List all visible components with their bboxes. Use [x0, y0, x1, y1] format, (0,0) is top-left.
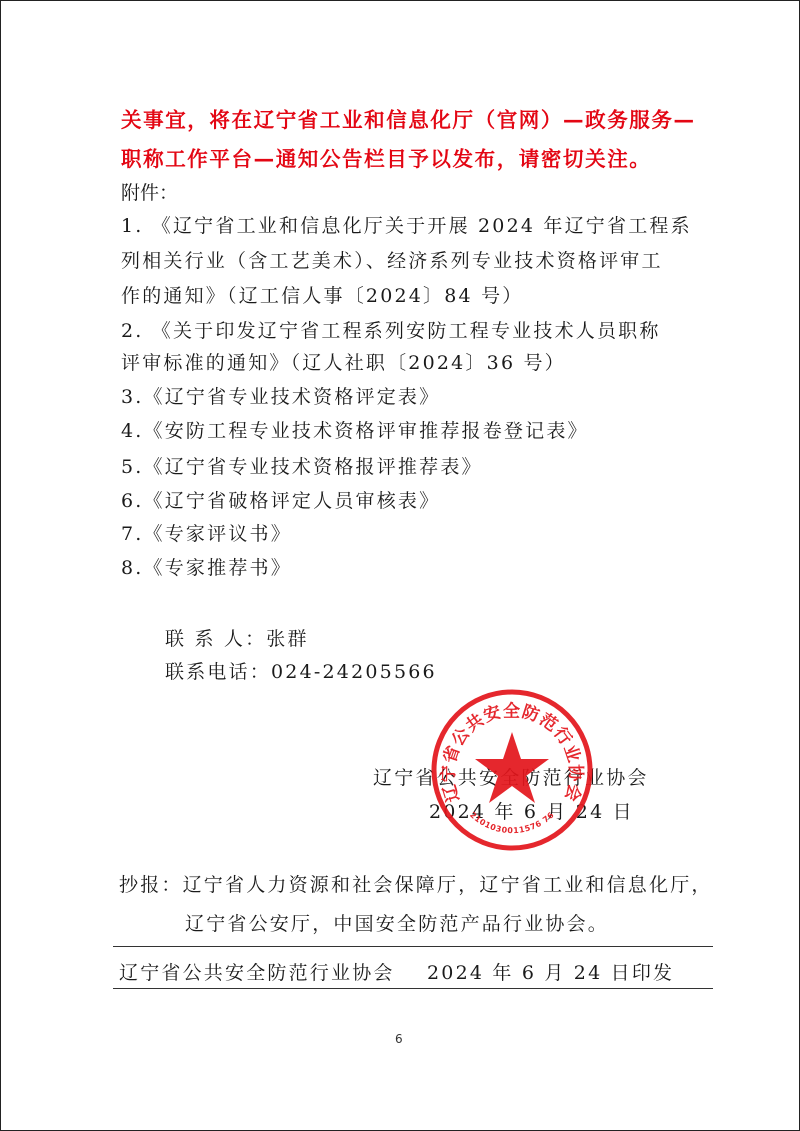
seal-code-text: 2101030011576 76 — [468, 810, 556, 835]
contact-person: 联 系 人：张群 — [165, 624, 309, 651]
official-seal-stamp: 辽宁省公共安全防范行业协会 2101030011576 76 — [430, 688, 594, 852]
contact-phone-label: 联系电话： — [165, 661, 271, 683]
attachment-line: 评审标准的通知》（辽人社职〔2024〕36 号） — [121, 348, 566, 375]
document-page: 关事宜，将在辽宁省工业和信息化厅（官网）—政务服务— 职称工作平台—通知公告栏目… — [0, 0, 800, 1131]
cc-line-2: 辽宁省公安厅，中国安全防范产品行业协会。 — [185, 909, 609, 936]
page-number: 6 — [395, 1032, 403, 1046]
footer-issuer: 辽宁省公共安全防范行业协会 — [119, 958, 395, 985]
contact-phone: 联系电话：024-24205566 — [165, 657, 437, 684]
notice-line-2: 职称工作平台—通知公告栏目予以发布，请密切关注。 — [121, 142, 651, 172]
attachment-line: 作的通知》（辽工信人事〔2024〕84 号） — [121, 281, 523, 308]
notice-line-1: 关事宜，将在辽宁省工业和信息化厅（官网）—政务服务— — [121, 103, 696, 133]
attachment-line: 8.《专家推荐书》 — [121, 553, 292, 580]
attachment-line: 1. 《辽宁省工业和信息化厅关于开展 2024 年辽宁省工程系 — [121, 211, 692, 238]
attachments-heading: 附件： — [121, 178, 178, 205]
footer-issue-date: 2024 年 6 月 24 日印发 — [427, 958, 674, 985]
attachment-line: 5.《辽宁省专业技术资格报评推荐表》 — [121, 452, 483, 479]
attachment-line: 列相关行业（含工艺美术）、经济系列专业技术资格评审工 — [121, 246, 663, 273]
footer-rule-top — [113, 946, 713, 947]
attachment-line: 3.《辽宁省专业技术资格评定表》 — [121, 382, 440, 409]
footer-rule-bottom — [113, 988, 713, 989]
star-icon — [475, 732, 549, 803]
cc-line-1: 抄报：辽宁省人力资源和社会保障厅，辽宁省工业和信息化厅， — [119, 870, 713, 897]
contact-phone-number: 024-24205566 — [271, 661, 437, 683]
attachment-line: 7.《专家评议书》 — [121, 519, 292, 546]
attachment-line: 4.《安防工程专业技术资格评审推荐报卷登记表》 — [121, 416, 589, 443]
attachment-line: 6.《辽宁省破格评定人员审核表》 — [121, 486, 440, 513]
contact-person-name: 张群 — [266, 628, 308, 650]
attachment-line: 2. 《关于印发辽宁省工程系列安防工程专业技术人员职称 — [121, 316, 661, 343]
contact-person-label: 联 系 人： — [165, 628, 266, 650]
svg-text:2101030011576 76: 2101030011576 76 — [468, 810, 556, 835]
